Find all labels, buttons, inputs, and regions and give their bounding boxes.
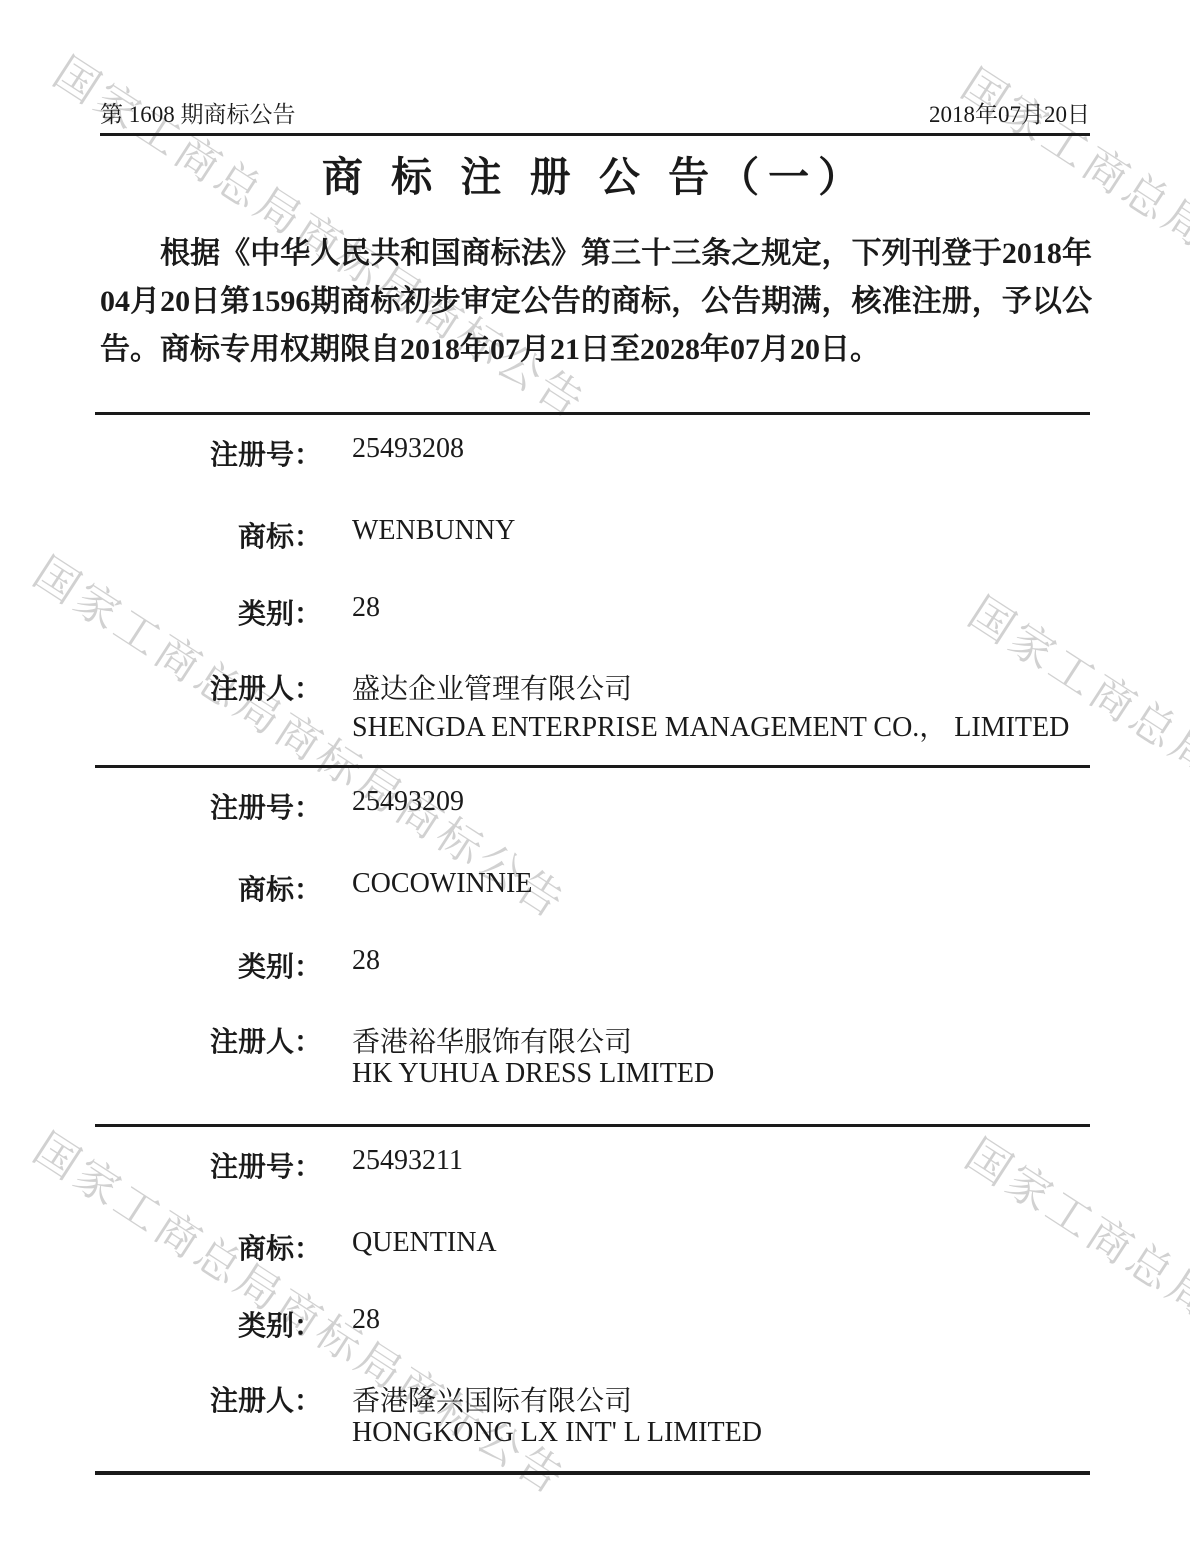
registrant-label: 注册人：: [95, 1379, 322, 1419]
registrant-label: 注册人：: [95, 1020, 322, 1060]
mark-label: 商标：: [95, 868, 322, 908]
regno-label: 注册号：: [95, 786, 322, 826]
mark-value: QUENTINA: [352, 1227, 497, 1259]
registrant-en-value: HK YUHUA DRESS LIMITED: [352, 1058, 714, 1090]
trademark-record: 注册号： 25493208 商标： WENBUNNY 类别： 28 注册人： 盛…: [95, 412, 1090, 765]
class-label: 类别：: [95, 592, 322, 632]
page-title: 商 标 注 册 公 告（一）: [0, 144, 1190, 203]
mark-label: 商标：: [95, 515, 322, 555]
registrant-label: 注册人：: [95, 667, 322, 707]
registrant-cn-value: 香港隆兴国际有限公司: [352, 1379, 632, 1419]
mark-value: COCOWINNIE: [352, 868, 532, 900]
header-divider: [100, 133, 1090, 136]
page-header: 第 1608 期商标公告 2018年07月20日: [100, 96, 1090, 129]
gazette-page: 国家工商总局商标局商标公告 国家工商总局商标局商标公告 国家工商总局商标局商标公…: [0, 0, 1190, 1564]
records-list: 注册号： 25493208 商标： WENBUNNY 类别： 28 注册人： 盛…: [95, 412, 1090, 1475]
class-value: 28: [352, 592, 380, 624]
regno-value: 25493209: [352, 786, 464, 818]
regno-label: 注册号：: [95, 1145, 322, 1185]
regno-value: 25493208: [352, 433, 464, 465]
class-label: 类别：: [95, 1304, 322, 1344]
gazette-issue-label: 第 1608 期商标公告: [100, 96, 296, 129]
trademark-record: 注册号： 25493209 商标： COCOWINNIE 类别： 28 注册人：…: [95, 765, 1090, 1124]
class-value: 28: [352, 1304, 380, 1336]
mark-value: WENBUNNY: [352, 515, 515, 547]
class-value: 28: [352, 945, 380, 977]
class-label: 类别：: [95, 945, 322, 985]
registrant-cn-value: 盛达企业管理有限公司: [352, 667, 632, 707]
registrant-cn-value: 香港裕华服饰有限公司: [352, 1020, 632, 1060]
intro-paragraph: 根据《中华人民共和国商标法》第三十三条之规定，下列刊登于2018年04月20日第…: [100, 230, 1092, 374]
mark-label: 商标：: [95, 1227, 322, 1267]
trademark-record: 注册号： 25493211 商标： QUENTINA 类别： 28 注册人： 香…: [95, 1124, 1090, 1475]
registrant-en-value: HONGKONG LX INT' L LIMITED: [352, 1417, 762, 1449]
regno-label: 注册号：: [95, 433, 322, 473]
registrant-en-value: SHENGDA ENTERPRISE MANAGEMENT CO.， LIMIT…: [352, 705, 1069, 745]
regno-value: 25493211: [352, 1145, 463, 1177]
gazette-date-label: 2018年07月20日: [929, 96, 1090, 129]
